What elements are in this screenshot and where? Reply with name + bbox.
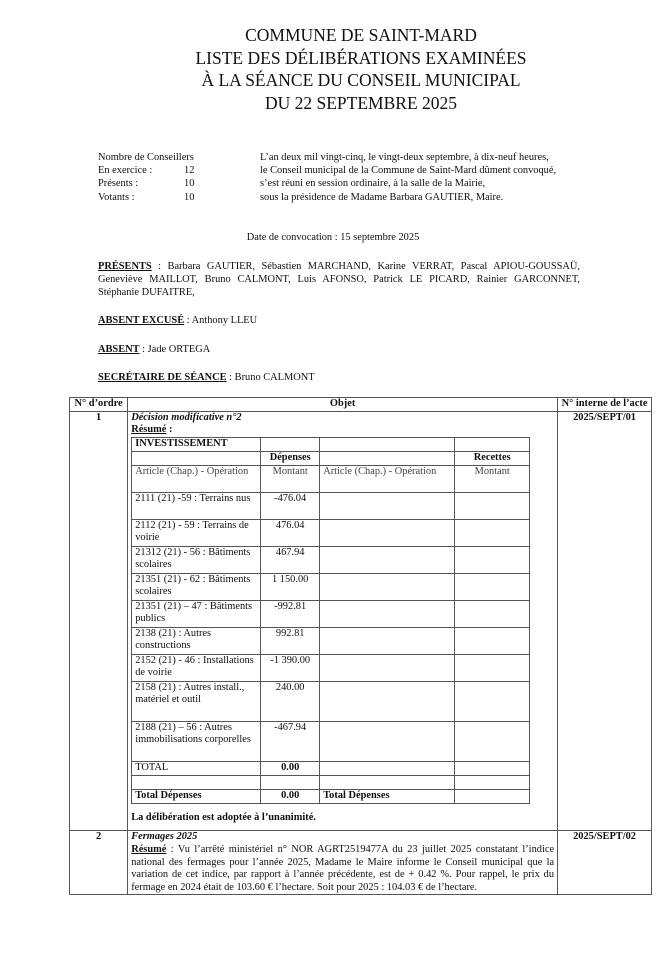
budget-line: 2111 (21) -59 : Terrains nus-476.04 (132, 492, 530, 519)
budget-spacer-row (132, 775, 530, 789)
presents-section: PRÉSENTS : Barbara GAUTIER, Sébastien MA… (98, 260, 580, 300)
absent-excuse-label: ABSENT EXCUSÉ (98, 315, 184, 326)
budget-grand-total-row: Total Dépenses 0.00 Total Dépenses (132, 789, 530, 803)
empty-cell (455, 761, 530, 775)
title-line: À LA SÉANCE DU CONSEIL MUNICIPAL (28, 69, 666, 92)
budget-article: 2152 (21) - 46 : Installations de voirie (132, 654, 261, 681)
count-label: Présents : (98, 177, 184, 190)
budget-lines: 2111 (21) -59 : Terrains nus-476.042112 … (132, 492, 530, 761)
presents-list: : Barbara GAUTIER, Sébastien MARCHAND, K… (98, 261, 580, 298)
budget-montant: -992.81 (261, 600, 320, 627)
empty-cell (261, 775, 320, 789)
budget-line: 2152 (21) - 46 : Installations de voirie… (132, 654, 530, 681)
decision-result: La délibération est adoptée à l’unanimit… (131, 812, 554, 825)
row-num: 1 (70, 411, 128, 831)
budget-section-row: INVESTISSEMENT (132, 437, 530, 451)
row-acte: 2025/SEPT/01 (558, 411, 652, 831)
row-objet: Fermages 2025 Résumé : Vu l’arrêté minis… (128, 831, 558, 895)
empty-cell (320, 721, 455, 761)
budget-header-row: Dépenses Recettes (132, 451, 530, 465)
empty-cell (320, 600, 455, 627)
empty-cell (320, 775, 455, 789)
resume-text: : Vu l’arrêté ministériel n° NOR AGRT251… (131, 844, 554, 893)
row-acte: 2025/SEPT/02 (558, 831, 652, 895)
budget-table: INVESTISSEMENT Dépenses Recettes Article… (131, 437, 530, 804)
presents-label: PRÉSENTS (98, 261, 152, 272)
empty-cell (320, 451, 455, 465)
empty-cell (455, 519, 530, 546)
budget-article: 2112 (21) - 59 : Terrains de voirie (132, 519, 261, 546)
empty-cell (455, 654, 530, 681)
empty-cell (455, 775, 530, 789)
empty-cell (320, 573, 455, 600)
empty-cell (455, 681, 530, 721)
budget-article: 2138 (21) : Autres constructions (132, 627, 261, 654)
col-montant-label: Montant (455, 465, 530, 492)
budget-article: 2111 (21) -59 : Terrains nus (132, 492, 261, 519)
col-article-label: Article (Chap.) - Opération (132, 465, 261, 492)
counts-title: Nombre de Conseillers (98, 151, 224, 164)
header-num: N° d’ordre (70, 398, 128, 412)
count-value: 10 (184, 177, 224, 190)
absent-name: : Jade ORTEGA (140, 344, 211, 355)
resume-label: Résumé (131, 844, 166, 855)
budget-line: 2188 (21) – 56 : Autres immobilisations … (132, 721, 530, 761)
budget-montant: -1 390.00 (261, 654, 320, 681)
empty-cell (320, 681, 455, 721)
budget-line: 21351 (21) – 47 : Bâtiments publics-992.… (132, 600, 530, 627)
budget-article: 21351 (21) – 47 : Bâtiments publics (132, 600, 261, 627)
empty-cell (455, 789, 530, 803)
absent-label: ABSENT (98, 344, 140, 355)
total-depenses-value: 0.00 (261, 789, 320, 803)
convocation-date: Date de convocation : 15 septembre 2025 (0, 232, 666, 243)
resume-paragraph: Résumé : Vu l’arrêté ministériel n° NOR … (131, 844, 554, 894)
budget-montant: -476.04 (261, 492, 320, 519)
total-label: TOTAL (132, 761, 261, 775)
empty-cell (455, 573, 530, 600)
empty-cell (455, 492, 530, 519)
budget-montant: 476.04 (261, 519, 320, 546)
resume-suffix: : (166, 424, 172, 435)
secretaire-section: SECRÉTAIRE DE SÉANCE : Bruno CALMONT (98, 371, 580, 384)
budget-line: 2158 (21) : Autres install., matériel et… (132, 681, 530, 721)
budget-article: 2158 (21) : Autres install., matériel et… (132, 681, 261, 721)
empty-cell (320, 519, 455, 546)
count-row: En exercice : 12 (98, 164, 224, 177)
empty-cell (320, 437, 455, 451)
count-value: 10 (184, 191, 224, 204)
absent-section: ABSENT : Jade ORTEGA (98, 343, 580, 356)
councillor-counts: Nombre de Conseillers En exercice : 12 P… (98, 151, 224, 204)
budget-line: 2138 (21) : Autres constructions992.81 (132, 627, 530, 654)
budget-total-row: TOTAL 0.00 (132, 761, 530, 775)
absent-excuse-section: ABSENT EXCUSÉ : Anthony LLEU (98, 314, 580, 327)
title-line: DU 22 SEPTEMBRE 2025 (28, 92, 666, 115)
count-value: 12 (184, 164, 224, 177)
preamble-line: L’an deux mil vingt-cinq, le vingt-deux … (260, 151, 556, 164)
recettes-header: Recettes (455, 451, 530, 465)
empty-cell (320, 492, 455, 519)
col-montant-label: Montant (261, 465, 320, 492)
empty-cell (320, 761, 455, 775)
header-objet: Objet (128, 398, 558, 412)
count-row: Votants : 10 (98, 191, 224, 204)
deliberation-title: Fermages 2025 (131, 831, 554, 844)
preamble-line: s’est réuni en session ordinaire, à la s… (260, 177, 556, 190)
budget-montant: 992.81 (261, 627, 320, 654)
budget-article: 2188 (21) – 56 : Autres immobilisations … (132, 721, 261, 761)
budget-line: 21312 (21) - 56 : Bâtiments scolaires467… (132, 546, 530, 573)
budget-montant: 467.94 (261, 546, 320, 573)
col-article-label: Article (Chap.) - Opération (320, 465, 455, 492)
empty-cell (320, 546, 455, 573)
count-label: En exercice : (98, 164, 184, 177)
empty-cell (261, 437, 320, 451)
budget-montant: 1 150.00 (261, 573, 320, 600)
resume-label: Résumé (131, 424, 166, 435)
count-label: Votants : (98, 191, 184, 204)
budget-article: 21351 (21) - 62 : Bâtiments scolaires (132, 573, 261, 600)
table-row: 2 Fermages 2025 Résumé : Vu l’arrêté min… (70, 831, 652, 895)
secretaire-label: SECRÉTAIRE DE SÉANCE (98, 372, 227, 383)
empty-cell (132, 775, 261, 789)
empty-cell (455, 627, 530, 654)
budget-line: 21351 (21) - 62 : Bâtiments scolaires1 1… (132, 573, 530, 600)
count-row: Présents : 10 (98, 177, 224, 190)
preamble: L’an deux mil vingt-cinq, le vingt-deux … (260, 151, 556, 204)
empty-cell (320, 627, 455, 654)
deliberations-table: N° d’ordre Objet N° interne de l’acte 1 … (69, 397, 652, 895)
absent-excuse-name: : Anthony LLEU (184, 315, 257, 326)
budget-montant: 240.00 (261, 681, 320, 721)
budget-montant: -467.94 (261, 721, 320, 761)
budget-section: INVESTISSEMENT (132, 437, 261, 451)
table-row: 1 Décision modificative n°2 Résumé : INV… (70, 411, 652, 831)
depenses-header: Dépenses (261, 451, 320, 465)
total-value: 0.00 (261, 761, 320, 775)
budget-article: 21312 (21) - 56 : Bâtiments scolaires (132, 546, 261, 573)
budget-line: 2112 (21) - 59 : Terrains de voirie476.0… (132, 519, 530, 546)
total-depenses-label: Total Dépenses (132, 789, 261, 803)
empty-cell (320, 654, 455, 681)
budget-col-labels: Article (Chap.) - Opération Montant Arti… (132, 465, 530, 492)
empty-cell (455, 721, 530, 761)
row-num: 2 (70, 831, 128, 895)
empty-cell (455, 546, 530, 573)
empty-cell (455, 600, 530, 627)
empty-cell (455, 437, 530, 451)
empty-cell (132, 451, 261, 465)
secretaire-name: : Bruno CALMONT (227, 372, 315, 383)
title-line: LISTE DES DÉLIBÉRATIONS EXAMINÉES (28, 47, 666, 70)
document-title: COMMUNE DE SAINT-MARD LISTE DES DÉLIBÉRA… (28, 24, 666, 114)
total-recettes-label: Total Dépenses (320, 789, 455, 803)
row-objet: Décision modificative n°2 Résumé : INVES… (128, 411, 558, 831)
resume-heading: Résumé : (131, 424, 554, 437)
preamble-line: sous la présidence de Madame Barbara GAU… (260, 191, 556, 204)
title-line: COMMUNE DE SAINT-MARD (28, 24, 666, 47)
header-acte: N° interne de l’acte (558, 398, 652, 412)
preamble-line: le Conseil municipal de la Commune de Sa… (260, 164, 556, 177)
deliberation-title: Décision modificative n°2 (131, 412, 554, 425)
table-header: N° d’ordre Objet N° interne de l’acte (70, 398, 652, 412)
